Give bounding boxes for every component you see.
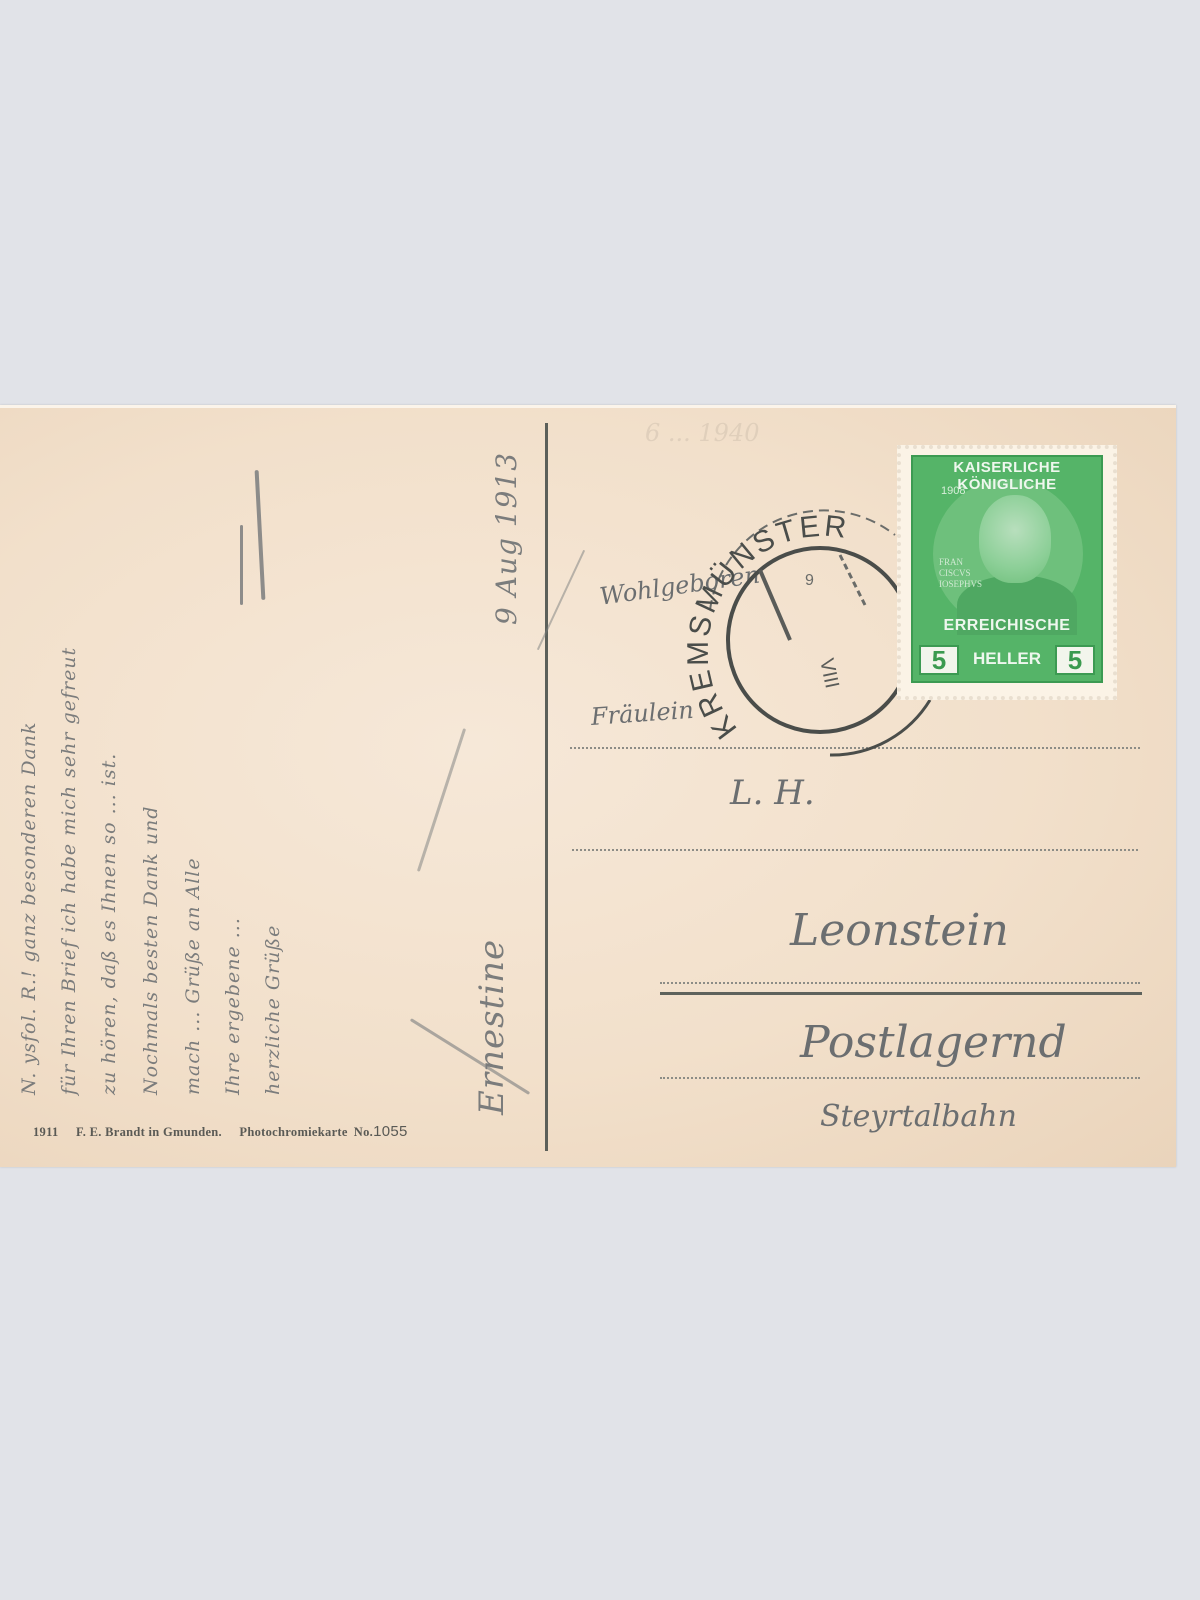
postcard: 6 ... 1940 N. ysfol. R.! ganz besonderen… [0, 405, 1176, 1167]
imprint-publisher: F. E. Brandt in Gmunden. [76, 1125, 222, 1139]
address-line-3: L. H. [730, 773, 815, 813]
imprint-series: Photochromiekarte [239, 1125, 347, 1139]
pencil-underline [255, 470, 266, 600]
publisher-imprint: 1911 F. E. Brandt in Gmunden. Photochrom… [33, 1123, 408, 1140]
message-line: Nochmals besten Dank und [140, 806, 162, 1095]
message-line: Ihre ergebene ... [222, 917, 244, 1095]
signature: Ernestine [472, 939, 512, 1115]
address-line [572, 849, 1138, 851]
address-line-6: Steyrtalbahn [820, 1099, 1017, 1134]
imprint-number-label: No. [354, 1125, 373, 1139]
message-line: N. ysfol. R.! ganz besonderen Dank [18, 721, 40, 1095]
address-line [660, 982, 1140, 984]
postage-stamp: KAISERLICHE KÖNIGLICHE 1908 FRAN CISCVS … [897, 445, 1117, 700]
svg-text:KREMSMÜNSTER: KREMSMÜNSTER [682, 510, 851, 745]
address-line-2: Fräulein [590, 696, 695, 731]
message-line: zu hören, daß es Ihnen so ... ist. [98, 753, 120, 1095]
message-line: mach ... Grüße an Alle [182, 857, 204, 1095]
stamp-bottom-text: ERREICHISCHE [913, 617, 1101, 635]
address-rule [660, 992, 1142, 995]
stamp-caption: FRAN CISCVS IOSEPHVS [939, 557, 982, 590]
stamp-value-right: 5 [1055, 645, 1095, 675]
svg-text:9: 9 [805, 572, 814, 589]
address-line [660, 1077, 1140, 1079]
stamp-denomination: HELLER [965, 649, 1049, 669]
imprint-year: 1911 [33, 1125, 59, 1139]
pencil-flourish [410, 1018, 530, 1095]
faint-pencil-note: 6 ... 1940 [645, 419, 760, 447]
imprint-number: 1055 [373, 1123, 408, 1140]
pencil-underline [240, 525, 243, 605]
emperor-portrait-icon [979, 495, 1051, 583]
center-divider [545, 423, 548, 1151]
card-edge [0, 405, 1176, 408]
stamp-year: 1908 [941, 485, 965, 497]
svg-text:VIII: VIII [815, 656, 843, 690]
address-line-5: Postlagernd [800, 1017, 1067, 1068]
pencil-flourish [417, 728, 466, 872]
stamp-design: KAISERLICHE KÖNIGLICHE 1908 FRAN CISCVS … [911, 455, 1103, 683]
address-city: Leonstein [790, 905, 1009, 956]
stamp-value-left: 5 [919, 645, 959, 675]
message-line: für Ihren Brief ich habe mich sehr gefre… [58, 647, 80, 1095]
message-date: 9 Aug 1913 [490, 452, 523, 625]
message-line: herzliche Grüße [262, 925, 284, 1095]
